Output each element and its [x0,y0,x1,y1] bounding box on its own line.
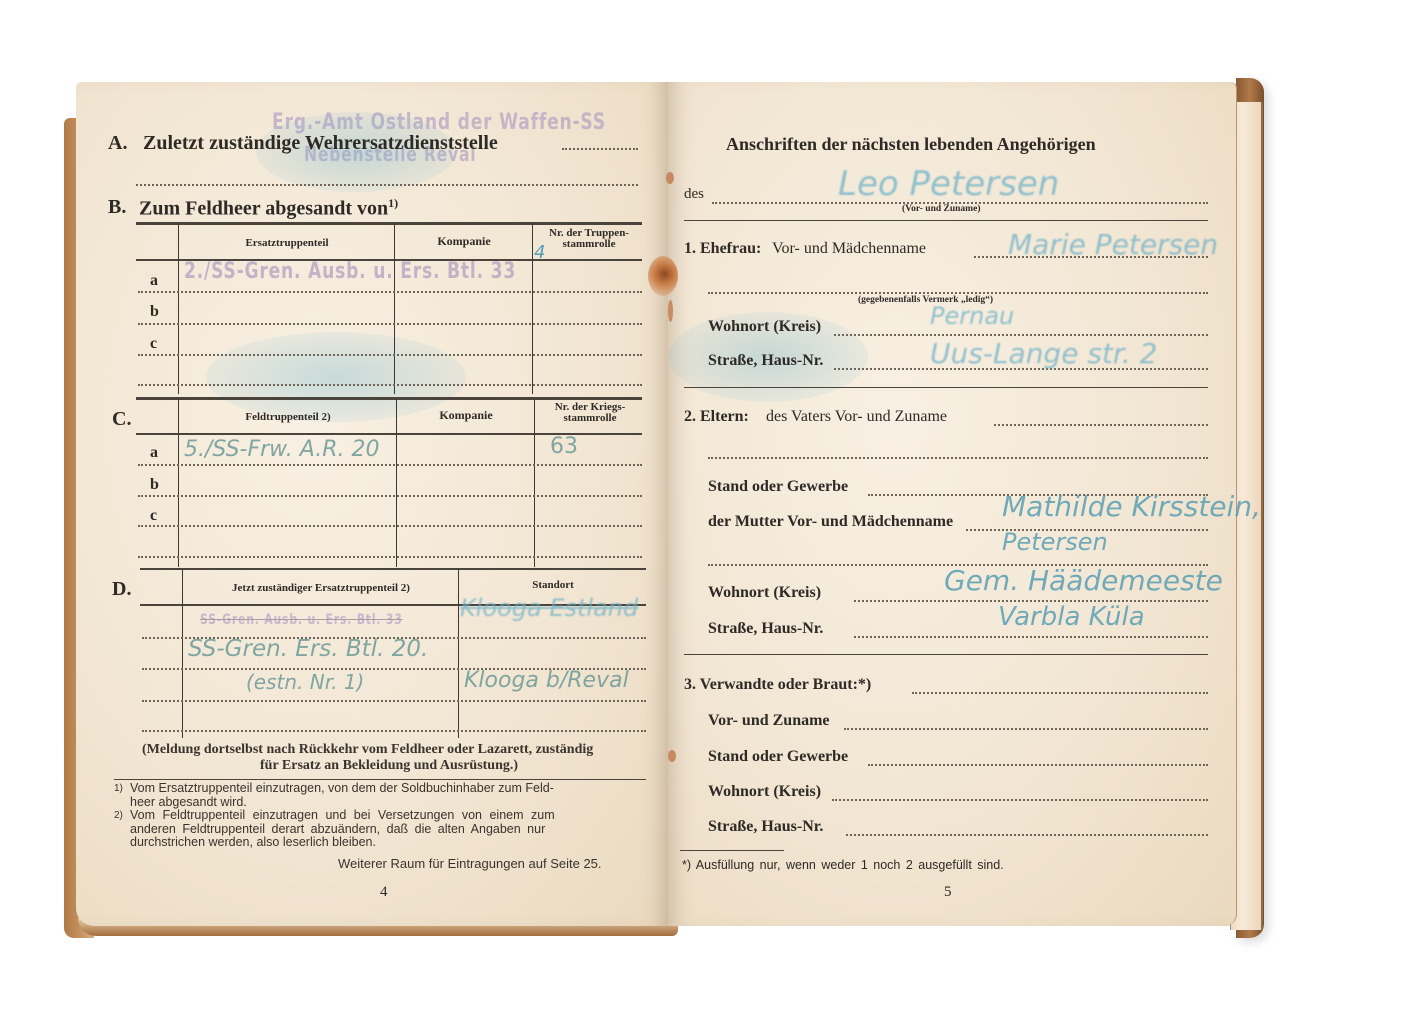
fill-line [868,764,1208,766]
handwritten-mother-maiden: Petersen [1002,528,1108,556]
rust-stain [668,300,673,322]
handwritten-mother-name: Mathilde Kirsstein, [1002,490,1261,523]
struck-standort: Klooga Estland [460,594,638,622]
fill-line [708,457,1208,459]
row-letter-b: b [150,476,159,494]
page-title: Anschriften der nächsten lebenden Angehö… [726,134,1096,155]
handwritten-parents-strasse: Varbla Küla [998,602,1145,632]
col-nr-truppenstammrolle: Nr. der Truppen-stammrolle [534,228,644,250]
fill-line [854,636,1208,638]
footnote-mark: 1) [114,782,123,796]
section-2-label: 2. Eltern: [684,408,749,426]
section-3-footnote: *) Ausfüllung nur, wenn weder 1 noch 2 a… [682,858,1004,872]
col-standort: Standort [460,580,646,591]
strasse-label: Straße, Haus-Nr. [708,352,823,370]
handwritten-wife-wohnort: Pernau [930,302,1014,330]
footnote-2-line-1: Vom Feldtruppenteil einzutragen und bei … [130,809,555,823]
fill-line [844,728,1208,730]
page-number-left: 4 [380,884,388,901]
row-letter-b: b [150,303,159,321]
handwritten-standort: Klooga b/Reval [464,668,629,693]
continuation-note: Weiterer Raum für Eintragungen auf Seite… [338,856,602,871]
section-b-title: Zum Feldheer abgesandt von1) [139,196,398,221]
handwritten-kriegsstammrolle-nr: 63 [550,434,578,459]
strasse-label: Straße, Haus-Nr. [708,620,823,638]
divider [114,779,646,780]
footnote-2-line-2: anderen Feldtruppenteil derart abzuänder… [130,823,555,837]
strasse-label: Straße, Haus-Nr. [708,818,823,836]
handwritten-wife-name: Marie Petersen [1008,228,1218,261]
struck-stamp-unit: SS-Gren. Ausb. u. Ers. Btl. 33 [200,612,403,628]
name-label: Vor- und Zuname [708,712,830,730]
left-page: Erg.-Amt Ostland der Waffen-SS Nebenstel… [76,82,668,926]
footnote-ref: 1) [388,196,398,210]
wohnort-label: Wohnort (Kreis) [708,584,821,602]
page-number-right: 5 [944,884,952,901]
ink-smudge [206,332,466,422]
handwritten-unit-line-2: (estn. Nr. 1) [246,670,364,694]
footnote-mark: 2) [114,809,123,823]
stamp-ersatztruppenteil: 2./SS-Gren. Ausb. u. Ers. Btl. 33 [184,259,516,284]
divider [684,387,1208,388]
handwritten-parents-wohnort: Gem. Häädemeeste [944,564,1223,597]
row-letter-a: a [150,272,158,290]
fill-line [136,184,638,186]
handwritten-mark: 4 [534,242,545,263]
mutter-label: der Mutter Vor- und Mädchenname [708,513,953,531]
rust-stain [668,750,676,762]
fill-line [708,292,1208,294]
des-caption: (Vor- und Zuname) [902,204,980,214]
footnote-1-line-2: heer abgesandt wird. [130,796,555,810]
section-b-label: B. [108,196,126,219]
des-label: des [684,186,704,203]
row-letter-c: c [150,335,157,353]
section-d-label: D. [112,578,131,601]
col-kompanie: Kompanie [398,410,534,421]
section-c-label: C. [112,408,131,431]
stand-label: Stand oder Gewerbe [708,748,848,766]
divider [684,220,1208,221]
handwritten-wife-strasse: Uus-Lange str. 2 [930,337,1157,370]
fill-line [846,834,1208,836]
footnote-2: 2) Vom Feldtruppenteil einzutragen und b… [114,809,555,850]
fill-line [834,334,1208,336]
divider [684,654,1208,655]
rust-stain [666,172,674,184]
section-1-field: Vor- und Mädchenname [772,240,926,258]
footnote-1-line-1: Vom Ersatztruppenteil einzutragen, von d… [130,782,555,796]
section-1-label: 1. Ehefrau: [684,240,761,258]
fill-line [912,692,1208,694]
right-page: Anschriften der nächsten lebenden Angehö… [668,82,1237,926]
section-2-field: des Vaters Vor- und Zuname [766,408,947,426]
section-d-note-line-2: für Ersatz an Bekleidung und Ausrüstung.… [260,758,518,774]
handwritten-owner-name: Leo Petersen [838,164,1059,204]
section-d-note-line-1: (Meldung dortselbst nach Rückkehr vom Fe… [142,742,593,758]
col-kompanie: Kompanie [396,236,532,247]
section-b-title-text: Zum Feldheer abgesandt von [139,198,388,220]
section-a-title: Zuletzt zuständige Wehrersatzdienststell… [143,132,498,155]
rust-stain [648,256,678,296]
col-ersatztruppenteil: Ersatztruppenteil [180,238,394,249]
row-letter-c: c [150,507,157,525]
section-a-label: A. [108,132,127,155]
stand-label: Stand oder Gewerbe [708,478,848,496]
section-3-label: 3. Verwandte oder Braut:*) [684,676,871,694]
fill-line [832,799,1208,801]
handwritten-unit-line-1: SS-Gren. Ers. Btl. 20. [188,636,428,662]
wohnort-label: Wohnort (Kreis) [708,783,821,801]
fill-line [994,424,1208,426]
col-feldtruppenteil: Feldtruppenteil 2) [180,412,396,423]
wohnort-label: Wohnort (Kreis) [708,318,821,336]
handwritten-feldtruppenteil: 5./SS-Frw. A.R. 20 [184,437,379,462]
footnote-divider [680,850,784,851]
fill-line [562,148,638,150]
footnotes: 1) Vom Ersatztruppenteil einzutragen, vo… [114,782,555,850]
row-letter-a: a [150,444,158,462]
footnote-1: 1) Vom Ersatztruppenteil einzutragen, vo… [114,782,555,809]
footnote-2-line-3: durchstrichen werden, also leserlich ble… [130,836,555,850]
col-jetzt-ersatztruppenteil: Jetzt zuständiger Ersatztruppenteil 2) [184,583,458,594]
col-nr-kriegsstammrolle: Nr. der Kriegs-stammrolle [536,402,644,424]
